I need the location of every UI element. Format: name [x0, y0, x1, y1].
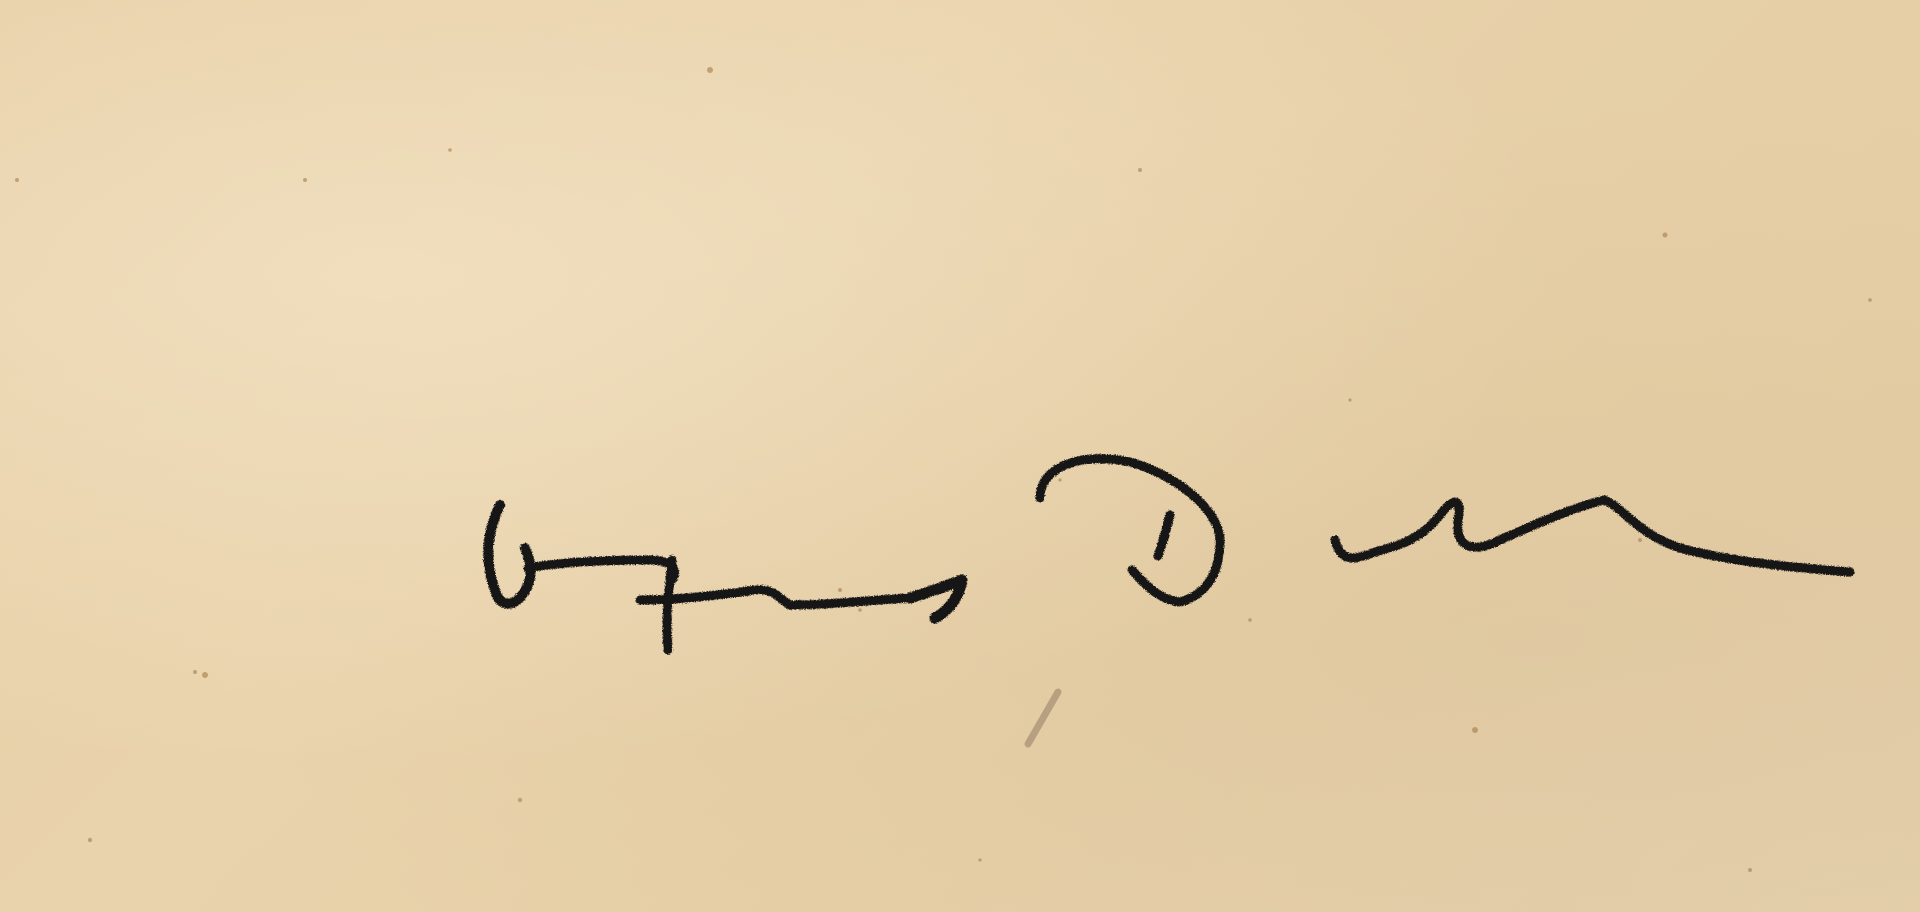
signature-stroke-o	[488, 505, 530, 604]
signature-stroke-d-stem	[1158, 515, 1170, 556]
aged-paper-background: Otto Dix	[0, 0, 1920, 912]
signature-stroke-d-tail	[1132, 570, 1180, 602]
signature-stroke-t1	[528, 560, 675, 580]
signature-stroke-t2	[640, 590, 910, 605]
signature	[0, 0, 1920, 912]
signature-stroke-t1-stem	[667, 560, 672, 650]
signature-stroke-ix	[1335, 500, 1850, 572]
signature-stroke-d-bow	[1040, 459, 1220, 602]
signature-stroke-end	[910, 580, 962, 618]
